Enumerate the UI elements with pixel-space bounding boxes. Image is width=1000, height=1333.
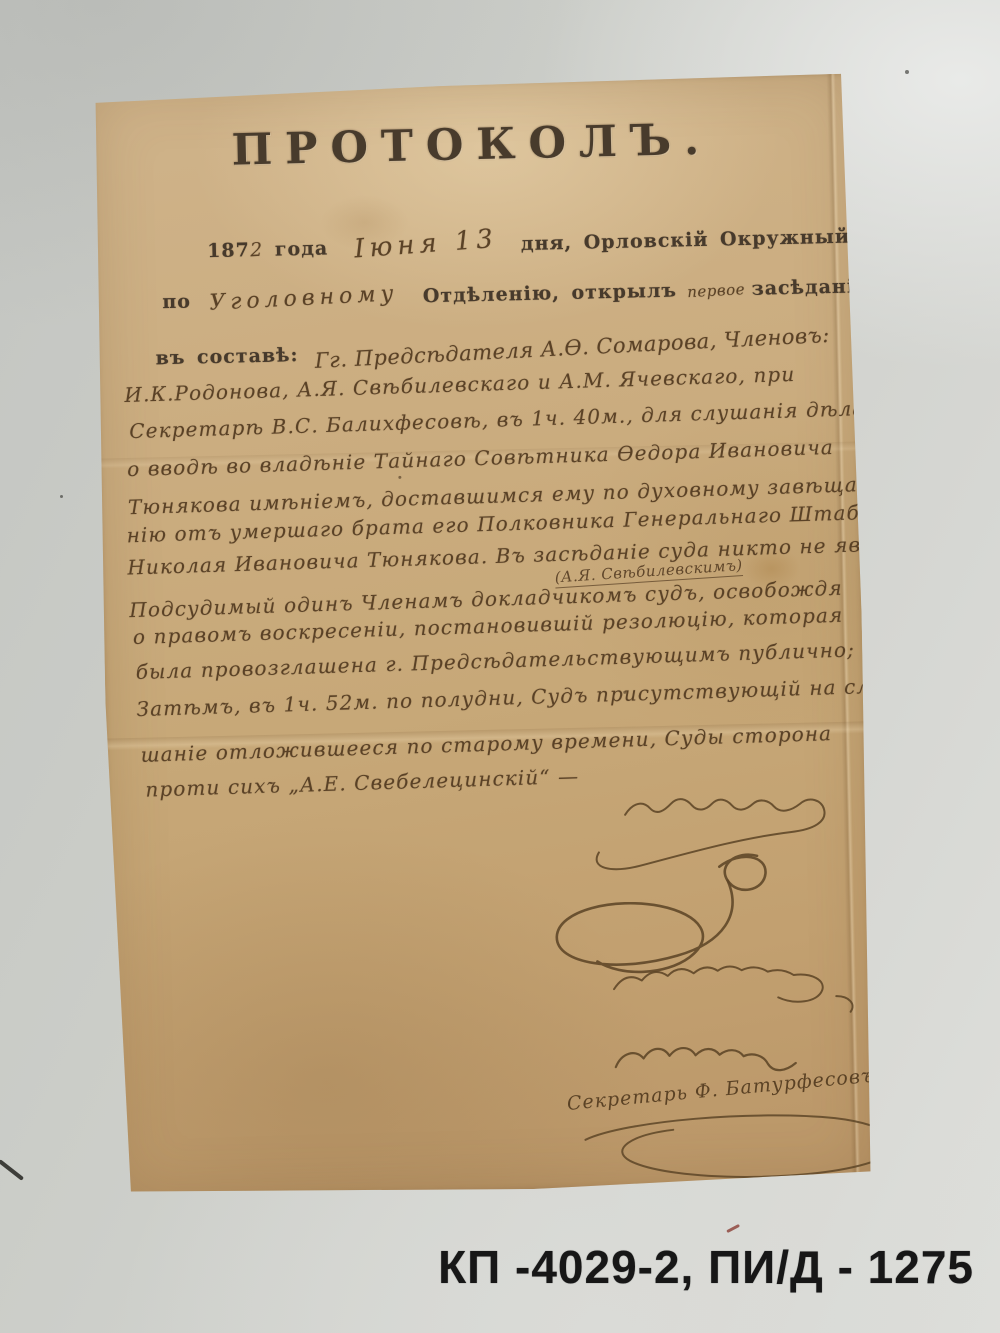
printed-court-name: дня, Орловскій Окружный Судъ,	[521, 224, 928, 255]
wall-speck	[905, 70, 909, 74]
red-scratch-mark	[726, 1224, 740, 1233]
handwritten-tail: На	[870, 257, 911, 291]
signature-2-body	[556, 880, 734, 973]
handwritten-line: была провозглашена г. Предсѣдательствующ…	[135, 641, 855, 681]
wall-scratch	[0, 1159, 24, 1181]
handwritten-insert: первое	[687, 280, 746, 301]
document-title: ПРОТОКОЛЪ.	[92, 112, 851, 179]
signatures-block	[459, 771, 872, 1100]
handwritten-month-day: Іюня 13	[354, 224, 500, 265]
date-line: 1872 года Іюня 13 дня, Орловскій Окружны…	[207, 218, 928, 264]
signature-4	[615, 1046, 796, 1074]
handwritten-text: И.К.Родонова, А.Я. Свѣбилевскаго и А.М. …	[124, 362, 796, 407]
signature-3-tail	[836, 996, 852, 1012]
printed-composition-label: въ составѣ:	[155, 344, 298, 369]
catalog-number-label: КП -4029-2, ПИ/Д - 1275	[438, 1240, 974, 1294]
document-sheet: ПРОТОКОЛЪ. 1872 года Іюня 13 дня, Орловс…	[92, 74, 875, 1199]
printed-opened: Отдѣленію, открылъ	[423, 280, 678, 308]
handwritten-line: о вводѣ во владѣніе Тайнаго Совѣтника Ѳе…	[127, 438, 834, 478]
handwritten-year-digit: 2	[249, 239, 263, 262]
wall-speck	[60, 495, 63, 498]
flourish-loop	[585, 1112, 895, 1180]
printed-po: по	[162, 291, 191, 314]
department-line: по Уголовному Отдѣленію, открылъ первое …	[162, 268, 911, 314]
handwritten-line: И.К.Родонова, А.Я. Свѣбилевскаго и А.М. …	[124, 365, 795, 404]
secretary-flourish	[534, 1080, 936, 1199]
printed-session-word: засѣданіе	[751, 275, 868, 300]
handwritten-text: шаніе отложившееся по старому времени, С…	[140, 721, 832, 767]
handwritten-line: Затѣмъ, въ 1ч. 52м. по полудни, Судъ при…	[136, 677, 883, 718]
signature-1	[595, 796, 825, 870]
handwritten-text: Затѣмъ, въ 1ч. 52м. по полудни, Судъ при…	[136, 674, 883, 721]
signature-2-loop	[719, 854, 766, 890]
ink-speck	[398, 476, 401, 479]
handwritten-line: Секретарѣ В.С. Балихфесовѣ, въ 1ч. 40м.,…	[129, 399, 866, 440]
printed-year-prefix: 187	[207, 239, 250, 262]
handwritten-department: Уголовному	[209, 281, 399, 316]
printed-year-word: года	[275, 237, 329, 260]
handwritten-text: о вводѣ во владѣніе Тайнаго Совѣтника Ѳе…	[127, 435, 834, 481]
museum-photo: { "photo": { "catalog_label": "КП -4029-…	[0, 0, 1000, 1333]
